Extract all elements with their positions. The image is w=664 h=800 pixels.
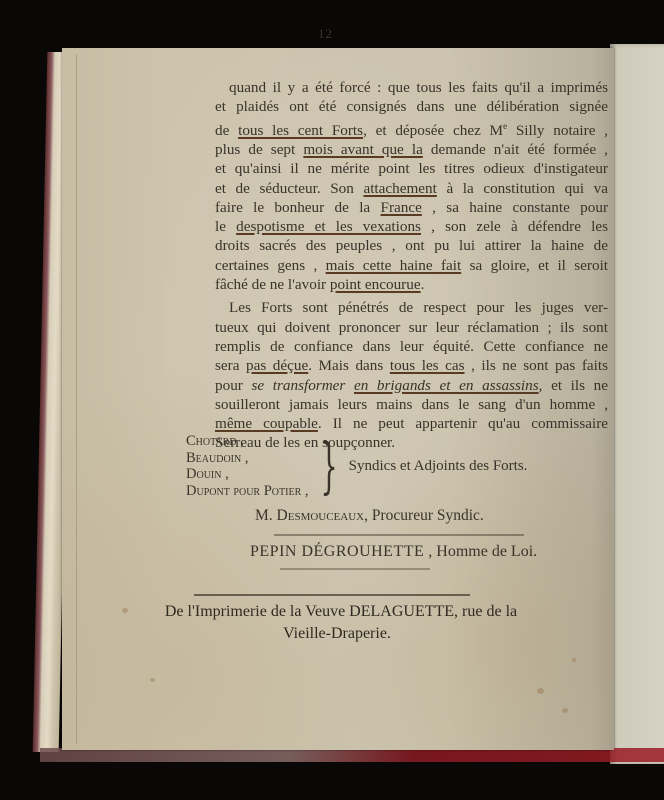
text-segment: de — [215, 122, 238, 139]
text-segment: , et déposée chez M — [363, 122, 503, 139]
text-segment: plus de sept — [215, 141, 303, 158]
signatory-name: Douin , — [186, 466, 308, 483]
text-line: souilleront jamais leurs mains dans le s… — [215, 395, 608, 414]
text-segment: . — [421, 276, 425, 293]
text-segment: se transformer — [251, 377, 353, 394]
foxing-spot — [562, 708, 568, 713]
text-line: Les Forts sont pénétrés de respect pour … — [215, 298, 608, 317]
text-segment: demande n'ait été formée , — [423, 141, 608, 158]
homme-de-loi-line: PEPIN DÉGROUHETTE , Homme de Loi. — [250, 543, 537, 561]
signatory-name: Beaudoin , — [186, 450, 308, 467]
text-segment: fâché de ne l'avoir — [215, 276, 330, 293]
text-segment: Les Forts sont pénétrés de respect pour … — [229, 299, 608, 316]
curly-brace-icon: } — [321, 436, 338, 496]
paragraph-1: quand il y a été forcé : que tous les fa… — [215, 78, 608, 294]
signatory-name: Chotard , — [186, 433, 308, 450]
foxing-spot — [537, 688, 544, 694]
text-line: et de séducteur. Son attachement à la co… — [215, 179, 608, 198]
signatory-name: Dupont pour Potier , — [186, 483, 308, 500]
text-line: certaines gens , mais cette haine fait s… — [215, 256, 608, 275]
text-segment: , et ils ne — [539, 377, 608, 394]
facing-blank-page — [610, 44, 664, 764]
imprint-divider-rule — [194, 594, 470, 596]
text-line: même coupable. Il ne peut appartenir qu'… — [215, 414, 608, 433]
text-segment: certaines gens , — [215, 257, 326, 274]
text-segment: quand il y a été forcé : que tous les fa… — [229, 79, 608, 96]
text-segment: , ils ne sont pas faits — [465, 357, 608, 374]
text-segment: et plaidés ont été consignés dans une dé… — [215, 98, 608, 115]
text-segment: . Mais dans — [308, 357, 390, 374]
printer-name: DELAGUETTE — [349, 603, 454, 620]
text-line: de tous les cent Forts, et déposée chez … — [215, 117, 608, 140]
text-segment: et qu'ainsi il ne mérite point les titre… — [215, 160, 608, 177]
text-segment: . Il ne peut appartenir qu'au commissair… — [318, 415, 608, 432]
underlined-text: pas déçue — [246, 357, 308, 374]
underlined-text: tous les cas — [390, 357, 465, 374]
underlined-text: mais cette haine fait — [326, 257, 462, 274]
underlined-text: en brigands et en assassins — [354, 377, 539, 394]
text-line: et plaidés ont été consignés dans une dé… — [215, 97, 608, 116]
underlined-text: France — [381, 199, 422, 216]
procureur-name: M. Desmouceaux — [255, 507, 364, 524]
text-line: faire le bonheur de la France , sa haine… — [215, 198, 608, 217]
divider-rule — [274, 534, 524, 536]
signatory-names: Chotard , Beaudoin , Douin , Dupont pour… — [186, 433, 308, 499]
text-line: quand il y a été forcé : que tous les fa… — [215, 78, 608, 97]
underlined-text: despotisme et les vexations — [236, 218, 421, 235]
signatories-role: Syndics et Adjoints des Forts. — [349, 458, 528, 475]
homme-de-loi-name: PEPIN DÉGROUHETTE — [250, 543, 424, 560]
procureur-title: , Procureur Syndic. — [364, 507, 484, 524]
text-segment: Silly notaire , — [507, 122, 608, 139]
text-line: fâché de ne l'avoir point encourue. — [215, 275, 608, 294]
underlined-text: attachement — [363, 180, 436, 197]
procureur-line: M. Desmouceaux, Procureur Syndic. — [255, 507, 484, 525]
text-segment: pour — [215, 377, 251, 394]
foxing-spot — [150, 678, 155, 682]
red-cover-edge — [40, 748, 664, 762]
text-line: droits sacrés des peuples , ont pu lui a… — [215, 236, 608, 255]
text-segment: faire le bonheur de la — [215, 199, 381, 216]
text-line: pour se transformer en brigands et en as… — [215, 376, 608, 395]
foxing-spot — [572, 658, 576, 662]
text-segment: droits sacrés des peuples , ont pu lui a… — [215, 237, 608, 254]
text-segment: , sa haine constante pour — [422, 199, 608, 216]
imprint-line-1: De l'Imprimerie de la Veuve DELAGUETTE, … — [0, 601, 664, 623]
page-number: 12 — [318, 26, 333, 42]
underlined-text: tous les cent Forts — [238, 122, 363, 139]
text-segment: remplis de confiance dans leur équité. C… — [215, 338, 608, 355]
text-segment: souilleront jamais leurs mains dans le s… — [215, 396, 608, 413]
text-line: tueux qui doivent prononcer sur leur réc… — [215, 318, 608, 337]
text-line: remplis de confiance dans leur équité. C… — [215, 337, 608, 356]
imprint-prefix: De l'Imprimerie de la Veuve — [165, 603, 349, 620]
text-segment: tueux qui doivent prononcer sur leur réc… — [215, 319, 608, 336]
imprint-suffix: , rue de la — [454, 603, 517, 620]
text-line: plus de sept mois avant que la demande n… — [215, 140, 608, 159]
text-segment: et de séducteur. Son — [215, 180, 363, 197]
text-line: sera pas déçue. Mais dans tous les cas ,… — [215, 356, 608, 375]
printer-imprint: De l'Imprimerie de la Veuve DELAGUETTE, … — [0, 601, 664, 645]
paragraph-2: Les Forts sont pénétrés de respect pour … — [215, 298, 608, 452]
body-text: quand il y a été forcé : que tous les fa… — [215, 78, 608, 453]
text-segment: sera — [215, 357, 246, 374]
text-segment: le — [215, 218, 236, 235]
text-segment: , son zele à défendre les — [421, 218, 608, 235]
text-line: le despotisme et les vexations , son zel… — [215, 217, 608, 236]
divider-rule — [280, 568, 430, 570]
imprint-line-2: Vieille-Draperie. — [0, 623, 664, 645]
underlined-text: même coupable — [215, 415, 318, 432]
homme-de-loi-title: , Homme de Loi. — [424, 543, 537, 560]
text-segment: à la constitution qui va — [437, 180, 608, 197]
signatories-block: Chotard , Beaudoin , Douin , Dupont pour… — [186, 433, 527, 499]
underlined-text: mois avant que la — [303, 141, 423, 158]
text-segment: sa gloire, et il seroit — [461, 257, 608, 274]
underlined-text: point encourue — [330, 276, 421, 293]
text-line: et qu'ainsi il ne mérite point les titre… — [215, 159, 608, 178]
